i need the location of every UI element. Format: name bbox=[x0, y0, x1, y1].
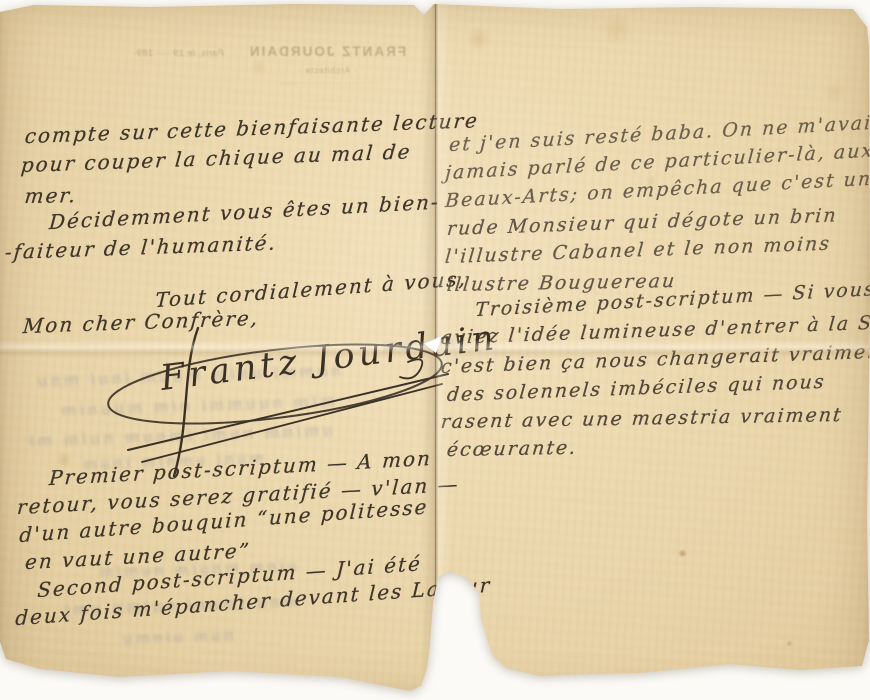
letterhead-subline: ·· ···· ······ bbox=[262, 96, 392, 105]
handwriting-line: écœurante. bbox=[446, 437, 579, 461]
handwriting-line: mer. bbox=[23, 183, 78, 208]
foxing-stain bbox=[250, 58, 268, 76]
foxing-stain bbox=[466, 26, 492, 52]
illegible-showthrough-trace: num uinmu bbox=[120, 626, 234, 648]
handwriting-line: Tout cordialement à vous, bbox=[155, 266, 468, 312]
letterhead-date-line: Paris, le 19 ···· 189· bbox=[128, 48, 224, 58]
foxing-stain bbox=[600, 12, 634, 46]
signature-name: Frantz Jourdain bbox=[157, 318, 500, 399]
letterhead-name: FRANTZ JOURDAIN bbox=[226, 44, 428, 59]
signature-flourish: Frantz Jourdain bbox=[70, 322, 460, 500]
handwriting-line: -faiteur de l'humanité. bbox=[4, 231, 278, 265]
handwriting-line: des solennels imbéciles qui nous bbox=[446, 371, 827, 406]
handwriting-line: rasent avec une maestria vraiment bbox=[440, 404, 844, 433]
letterhead-subline: · Architecte · bbox=[252, 66, 402, 75]
foxing-stain bbox=[786, 640, 793, 647]
letterhead-showthrough: Paris, le 19 ···· 189· FRANTZ JOURDAIN ·… bbox=[128, 40, 432, 122]
handwriting-line: Décidemment vous êtes un bien- bbox=[48, 190, 440, 235]
foxing-stain bbox=[678, 549, 687, 558]
letterhead-subline: ··· ······ ········· ·· ······ bbox=[232, 80, 424, 87]
scanned-letter-image: Paris, le 19 ···· 189· FRANTZ JOURDAIN ·… bbox=[0, 0, 870, 700]
foxing-stain bbox=[822, 80, 846, 104]
